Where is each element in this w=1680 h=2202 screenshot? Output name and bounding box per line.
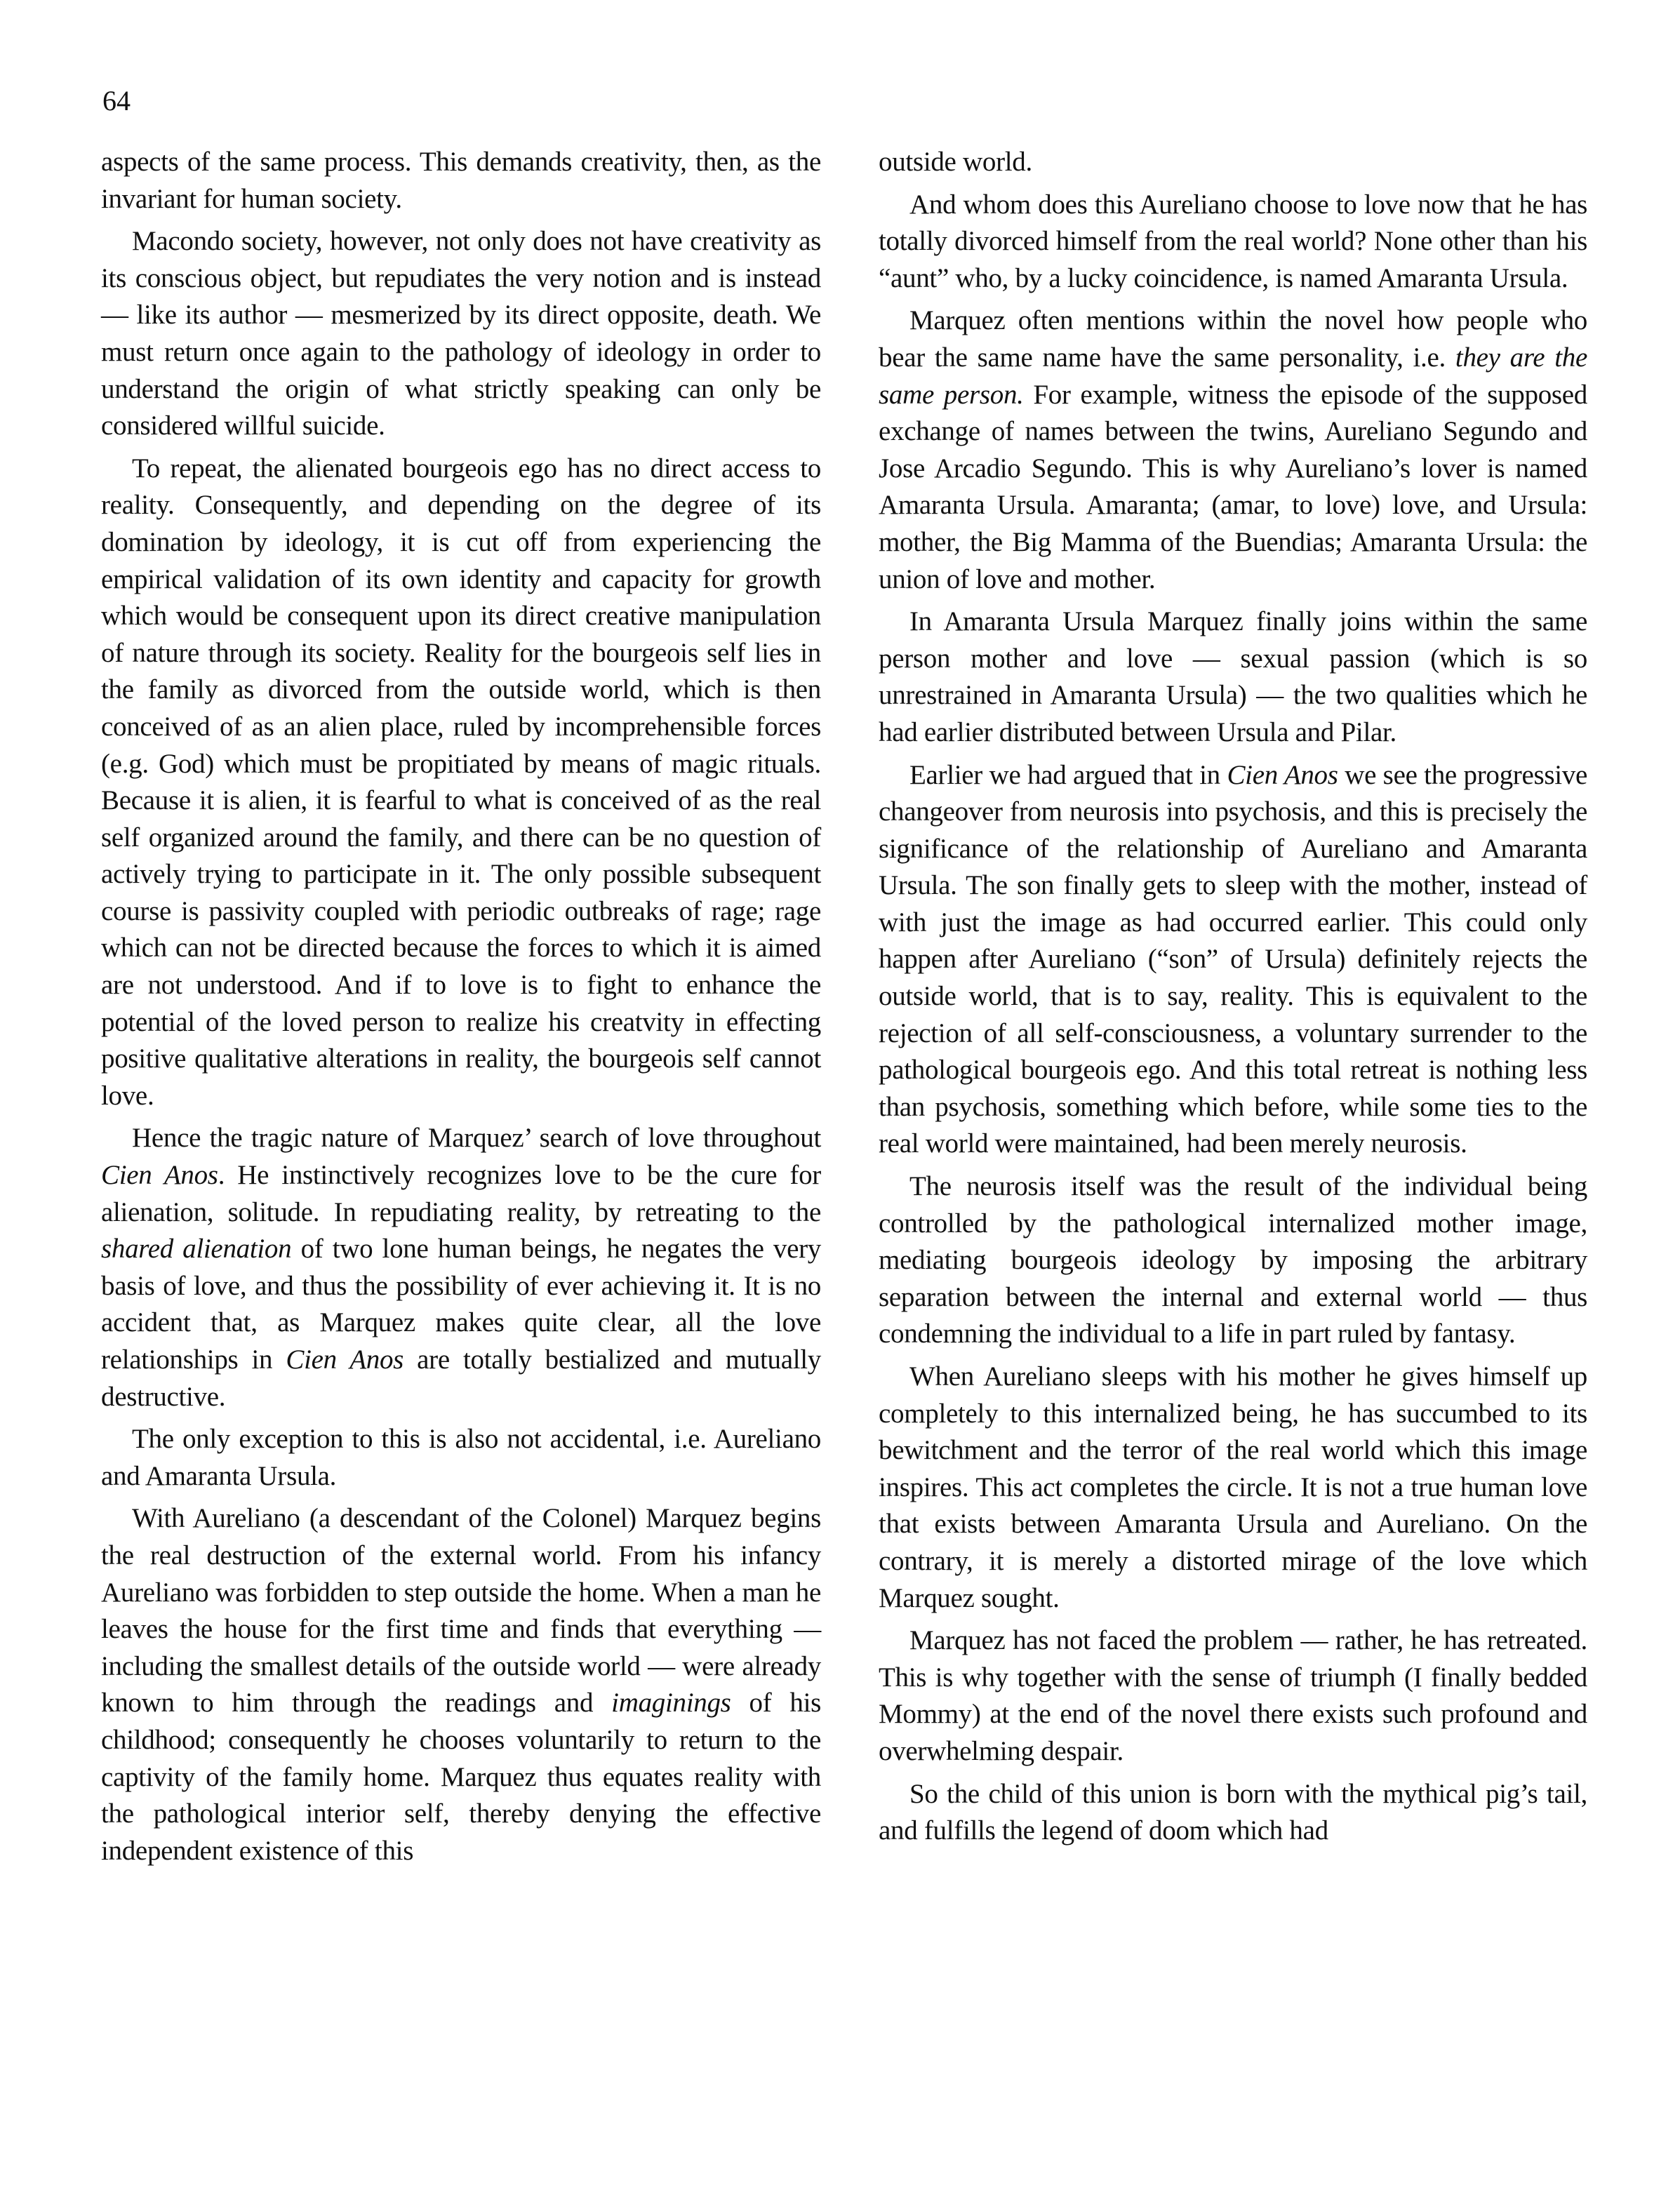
- text-run: aspects of the same process. This demand…: [101, 147, 821, 214]
- paragraph: The only exception to this is also not a…: [101, 1421, 821, 1495]
- italic-text: Cien Anos: [286, 1344, 404, 1375]
- text-run: Macondo society, however, not only does …: [101, 226, 821, 441]
- paragraph: Marquez has not faced the problem — rath…: [879, 1622, 1587, 1770]
- paragraph: Marquez often mentions within the novel …: [879, 302, 1587, 598]
- paragraph: When Aureliano sleeps with his mother he…: [879, 1359, 1587, 1617]
- text-run: In Amaranta Ursula Marquez finally joins…: [879, 606, 1587, 747]
- text-run: The neurosis itself was the result of th…: [879, 1171, 1587, 1349]
- text-run: Earlier we had argued that in: [909, 760, 1227, 790]
- paragraph: aspects of the same process. This demand…: [101, 144, 821, 218]
- text-run: Marquez has not faced the problem — rath…: [879, 1625, 1587, 1766]
- text-run: Hence the tragic nature of Marquez’ sear…: [132, 1123, 821, 1153]
- italic-text: shared alienation: [101, 1234, 291, 1264]
- paragraph: outside world.: [879, 144, 1587, 181]
- italic-text: imaginings: [611, 1688, 731, 1718]
- page-number: 64: [102, 83, 131, 119]
- text-run: So the child of this union is born with …: [879, 1779, 1587, 1846]
- paragraph: To repeat, the alienated bourgeois ego h…: [101, 451, 821, 1115]
- text-run: When Aureliano sleeps with his mother he…: [879, 1361, 1587, 1613]
- right-column: outside world.And whom does this Aurelia…: [879, 144, 1587, 1850]
- paragraph: With Aureliano (a descendant of the Colo…: [101, 1500, 821, 1869]
- text-run: The only exception to this is also not a…: [101, 1424, 821, 1491]
- paragraph: Earlier we had argued that in Cien Anos …: [879, 757, 1587, 1163]
- text-run: With Aureliano (a descendant of the Colo…: [101, 1503, 821, 1718]
- text-run: To repeat, the alienated bourgeois ego h…: [101, 453, 821, 1111]
- italic-text: Cien Anos: [1227, 760, 1338, 790]
- text-run: we see the progressive changeover from n…: [879, 760, 1587, 1159]
- text-run: outside world.: [879, 147, 1032, 177]
- paragraph: Macondo society, however, not only does …: [101, 223, 821, 445]
- paragraph: So the child of this union is born with …: [879, 1776, 1587, 1850]
- left-column: aspects of the same process. This demand…: [101, 144, 821, 1869]
- paragraph: The neurosis itself was the result of th…: [879, 1168, 1587, 1353]
- italic-text: Cien Anos: [101, 1160, 218, 1190]
- paragraph: And whom does this Aureliano choose to l…: [879, 187, 1587, 298]
- paragraph: In Amaranta Ursula Marquez finally joins…: [879, 603, 1587, 751]
- text-run: And whom does this Aureliano choose to l…: [879, 189, 1587, 293]
- paragraph: Hence the tragic nature of Marquez’ sear…: [101, 1120, 821, 1415]
- text-run: For example, witness the episode of the …: [879, 380, 1587, 594]
